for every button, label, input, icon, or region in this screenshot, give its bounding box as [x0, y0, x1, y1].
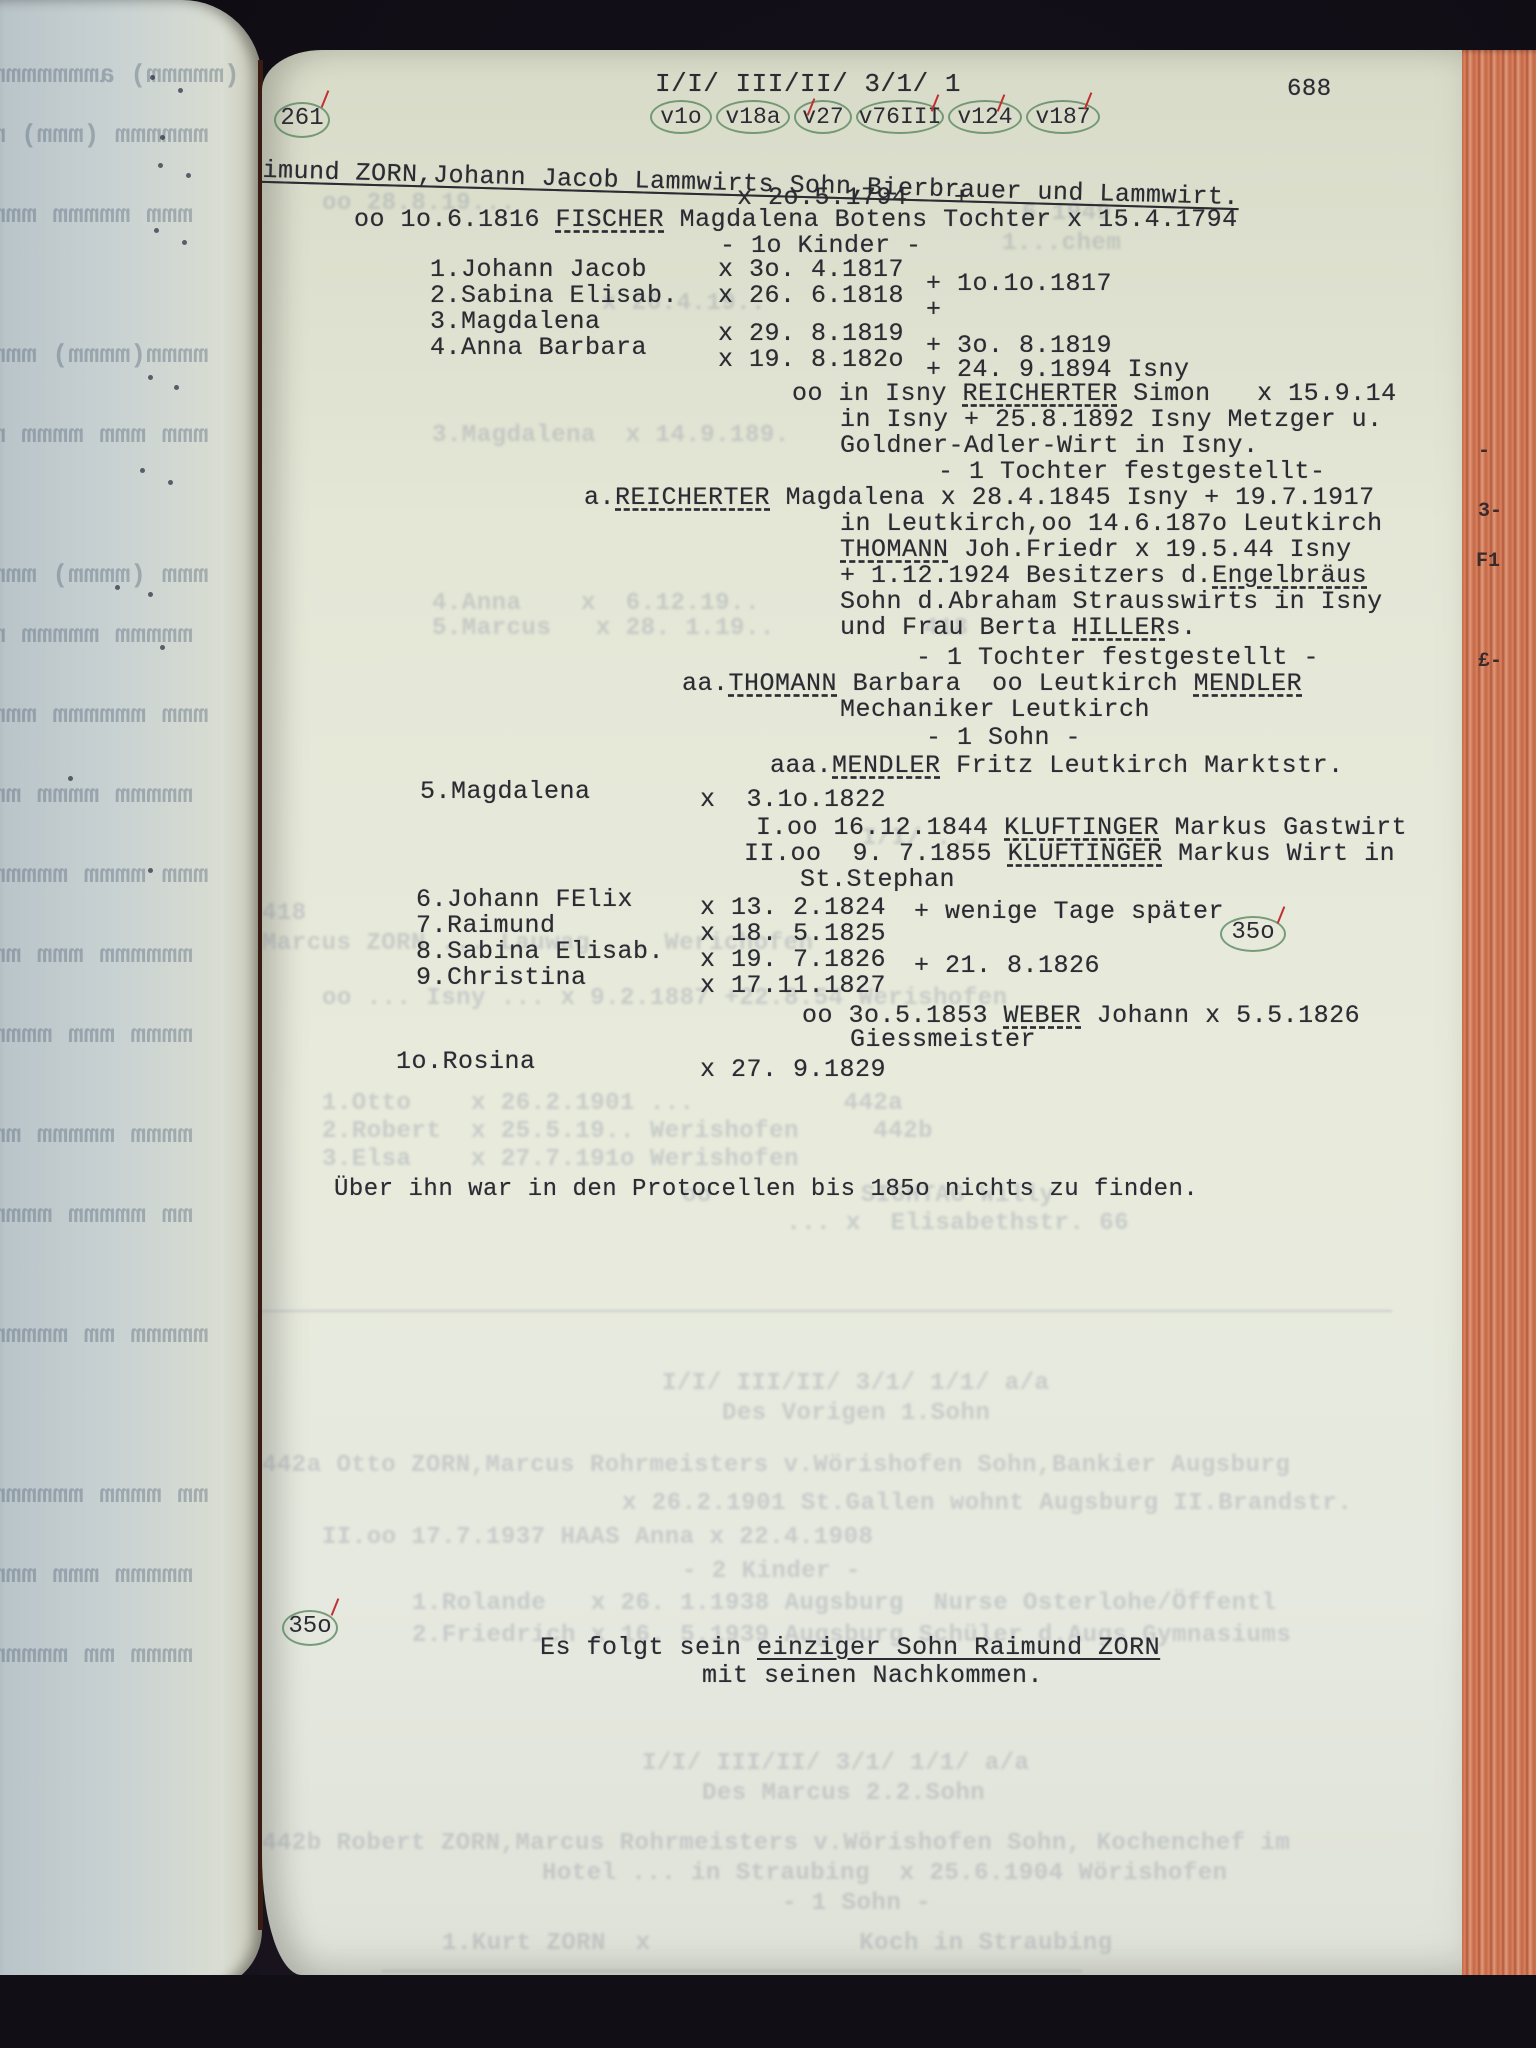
grandchild-line: THOMANN Joh.Friedr x 19.5.44 Isny [840, 536, 1352, 564]
child-died: + [926, 296, 942, 324]
child-born: x 19. 8.182o [718, 346, 904, 374]
footer-line: Es folgt sein einziger Sohn Raimund ZORN [540, 1634, 1160, 1662]
spouse-surname: FISCHER [556, 205, 665, 234]
child-born: x 3.1o.1822 [700, 786, 886, 814]
child-name: 9.Christina [416, 964, 587, 992]
cross-references: v1o v18a v27 v76III v124 v187 [650, 100, 1100, 134]
child-died: + wenige Tage später [914, 898, 1224, 926]
child-born: x 19. 7.1826 [700, 946, 886, 974]
reference-code: I/I/ III/II/ 3/1/ 1 [655, 70, 961, 98]
child-died: + 1o.1o.1817 [926, 270, 1112, 298]
child-born: x 3o. 4.1817 [718, 256, 904, 284]
child-name: 7.Raimund [416, 912, 556, 940]
note-line: Über ihn war in den Protocellen bis 185o… [334, 1176, 1198, 1204]
child-name: 8.Sabina Elisab. [416, 938, 664, 966]
cross-ref-badge: v76III [856, 100, 944, 134]
child-born: x 29. 8.1819 [718, 320, 904, 348]
check-tick-icon [331, 1598, 340, 1615]
check-tick-icon [1277, 906, 1286, 923]
cross-ref-badge: v1o [650, 100, 712, 134]
grandchild-line: Sohn d.Abraham Strausswirts in Isny [840, 588, 1383, 616]
great-grandchild-line: Mechaniker Leutkirch [840, 696, 1150, 724]
spouse-line: in Isny + 25.8.1892 Isny Metzger u. [840, 406, 1383, 434]
person-name: Raimund ZORN [262, 155, 418, 189]
document-page: oo 28.8.19... 6.1949 1...chem x 26.4.19.… [262, 50, 1462, 1975]
spouse-line: Goldner-Adler-Wirt in Isny. [840, 432, 1259, 460]
grandchild-line: und Frau Berta HILLERs. [840, 614, 1197, 642]
spouse-line: oo in Isny REICHERTER Simon x 15.9.14 [792, 380, 1397, 408]
child-name: 4.Anna Barbara [430, 334, 647, 362]
child-died: + 21. 8.1826 [914, 952, 1100, 980]
grandchild-line: a.REICHERTER Magdalena x 28.4.1845 Isny … [584, 484, 1375, 512]
page-number: 688 [1287, 76, 1332, 104]
page-edges: - 3- F1 £- [1450, 50, 1536, 1990]
marriage-line: oo 1o.6.1816 FISCHER Magdalena Botens To… [354, 206, 1238, 234]
child-name: 6.Johann FElix [416, 886, 633, 914]
great-grandchild-line: aa.THOMANN Barbara oo Leutkirch MENDLER [682, 670, 1302, 698]
descendant-count: - 1 Tochter festgestellt - [916, 644, 1319, 672]
child-born: x 17.11.1827 [700, 972, 886, 1000]
child-born: x 13. 2.1824 [700, 894, 886, 922]
marriage-line: II.oo 9. 7.1855 KLUFTINGER Markus Wirt i… [744, 840, 1395, 868]
grandchild-line: + 1.12.1924 Besitzers d.Engelbräus [840, 562, 1367, 590]
descendant-count: - 1 Sohn - [926, 724, 1081, 752]
cross-ref-badge: v18a [716, 100, 790, 134]
descendant-count: - 1 Tochter festgestellt- [938, 458, 1326, 486]
marriage-line: St.Stephan [800, 866, 955, 894]
margin-note-text: 261 [280, 105, 323, 132]
cross-ref-badge: v124 [948, 100, 1022, 134]
child-name: 5.Magdalena [420, 778, 591, 806]
cross-ref-badge: v27 [794, 100, 852, 134]
grandchild-line: in Leutkirch,oo 14.6.187o Leutkirch [840, 510, 1383, 538]
check-tick-icon [321, 90, 330, 107]
cross-ref-badge: v187 [1026, 100, 1100, 134]
child-born: x 27. 9.1829 [700, 1056, 886, 1084]
child-name: 1.Johann Jacob [430, 256, 647, 284]
marriage-line: I.oo 16.12.1844 KLUFTINGER Markus Gastwi… [756, 814, 1407, 842]
footer-line: mit seinen Nachkommen. [702, 1662, 1043, 1690]
great-great-grandchild-line: aaa.MENDLER Fritz Leutkirch Marktstr. [770, 752, 1344, 780]
child-name: 1o.Rosina [396, 1048, 536, 1076]
child-name: 3.Magdalena [430, 308, 601, 336]
child-born: x 26. 6.1818 [718, 282, 904, 310]
occupation: Giessmeister [850, 1026, 1036, 1054]
table-surface [0, 1975, 1536, 2048]
left-page: (mmmmm) ammmmmmm mmmmmm (mmm) m mmm mmmm… [0, 0, 262, 1990]
child-name: 2.Sabina Elisab. [430, 282, 678, 310]
child-born: x 18. 5.1825 [700, 920, 886, 948]
footer-ref-circle: 35o [282, 1610, 338, 1646]
